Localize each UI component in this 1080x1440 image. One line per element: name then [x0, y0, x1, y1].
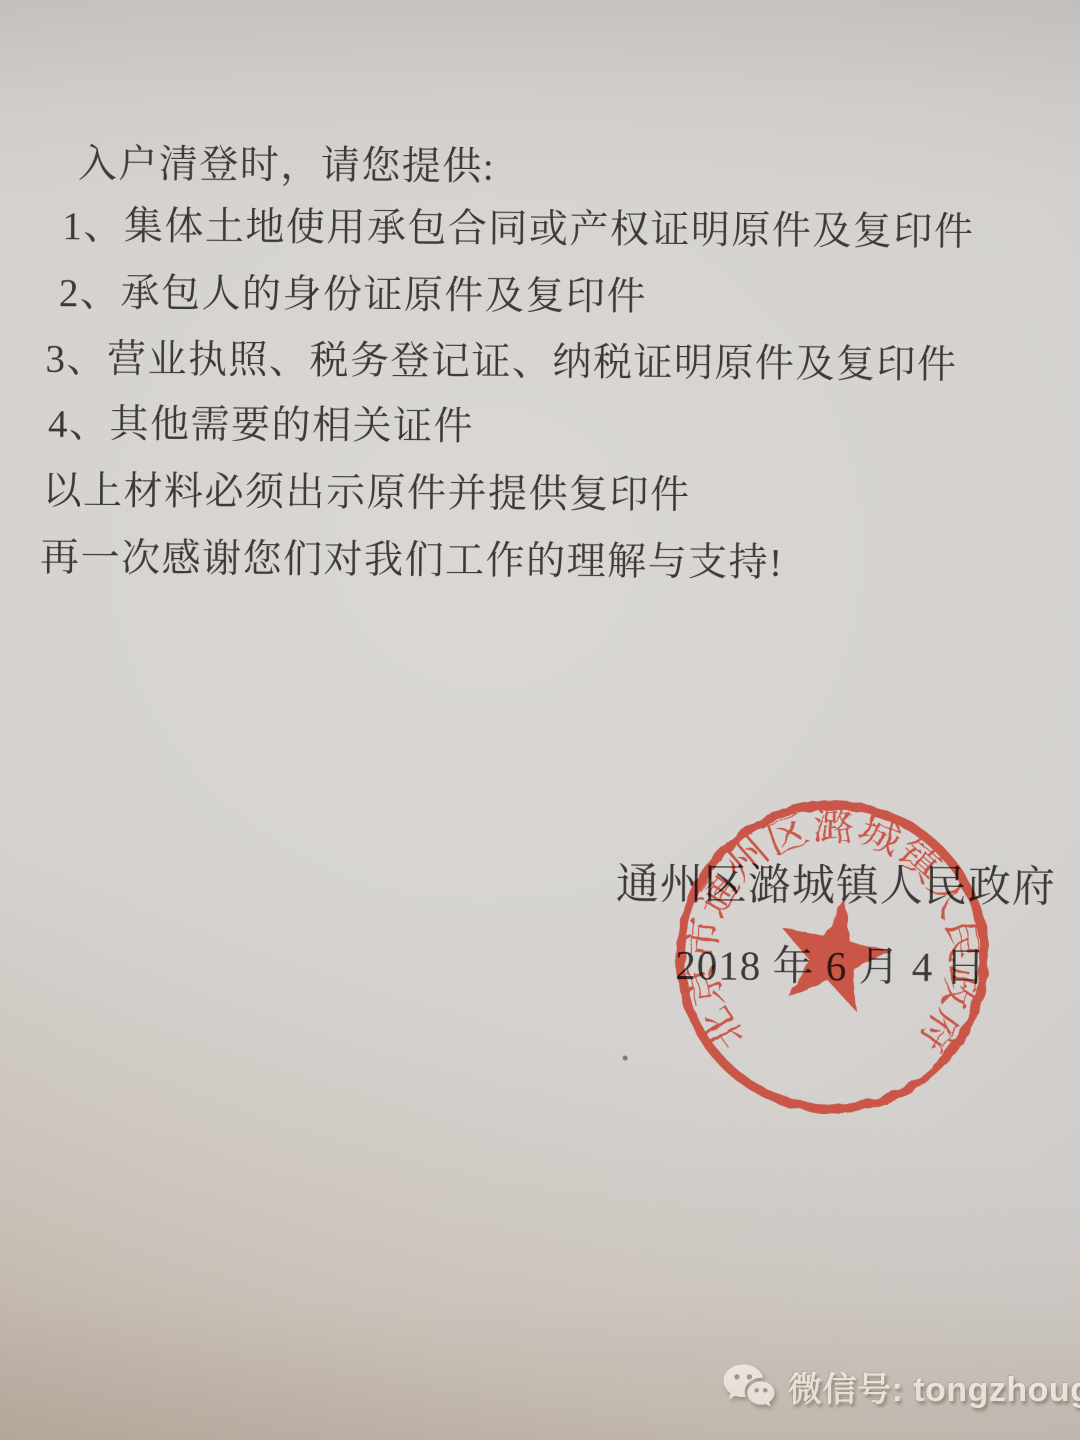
wechat-icon [722, 1363, 776, 1411]
list-item-4: 4、其他需要的相关证件 [48, 404, 474, 450]
official-seal-stamp: 北京市通州区潞城镇人民政府 [668, 793, 996, 1121]
note-line-2: 再一次感谢您们对我们工作的理解与支持! [40, 538, 784, 586]
list-item-1: 1、集体土地使用承包合同或产权证明原件及复印件 [62, 206, 974, 255]
wechat-watermark: 微信号: tongzhouguo [722, 1362, 1080, 1411]
dust-speck [623, 1056, 628, 1061]
note-line-1: 以上材料必须出示原件并提供复印件 [42, 471, 690, 518]
document-photo: 入户清登时，请您提供: 1、集体土地使用承包合同或产权证明原件及复印件 2、承包… [0, 0, 1080, 1440]
intro-line: 入户清登时，请您提供: [78, 144, 496, 190]
seal-star-icon [781, 899, 892, 1012]
wechat-id-label: 微信号: tongzhouguo [788, 1362, 1080, 1411]
list-item-3: 3、营业执照、税务登记证、纳税证明原件及复印件 [45, 339, 957, 388]
document-body: 入户清登时，请您提供: 1、集体土地使用承包合同或产权证明原件及复印件 2、承包… [0, 0, 1080, 1440]
list-item-2: 2、承包人的身份证原件及复印件 [59, 273, 647, 320]
